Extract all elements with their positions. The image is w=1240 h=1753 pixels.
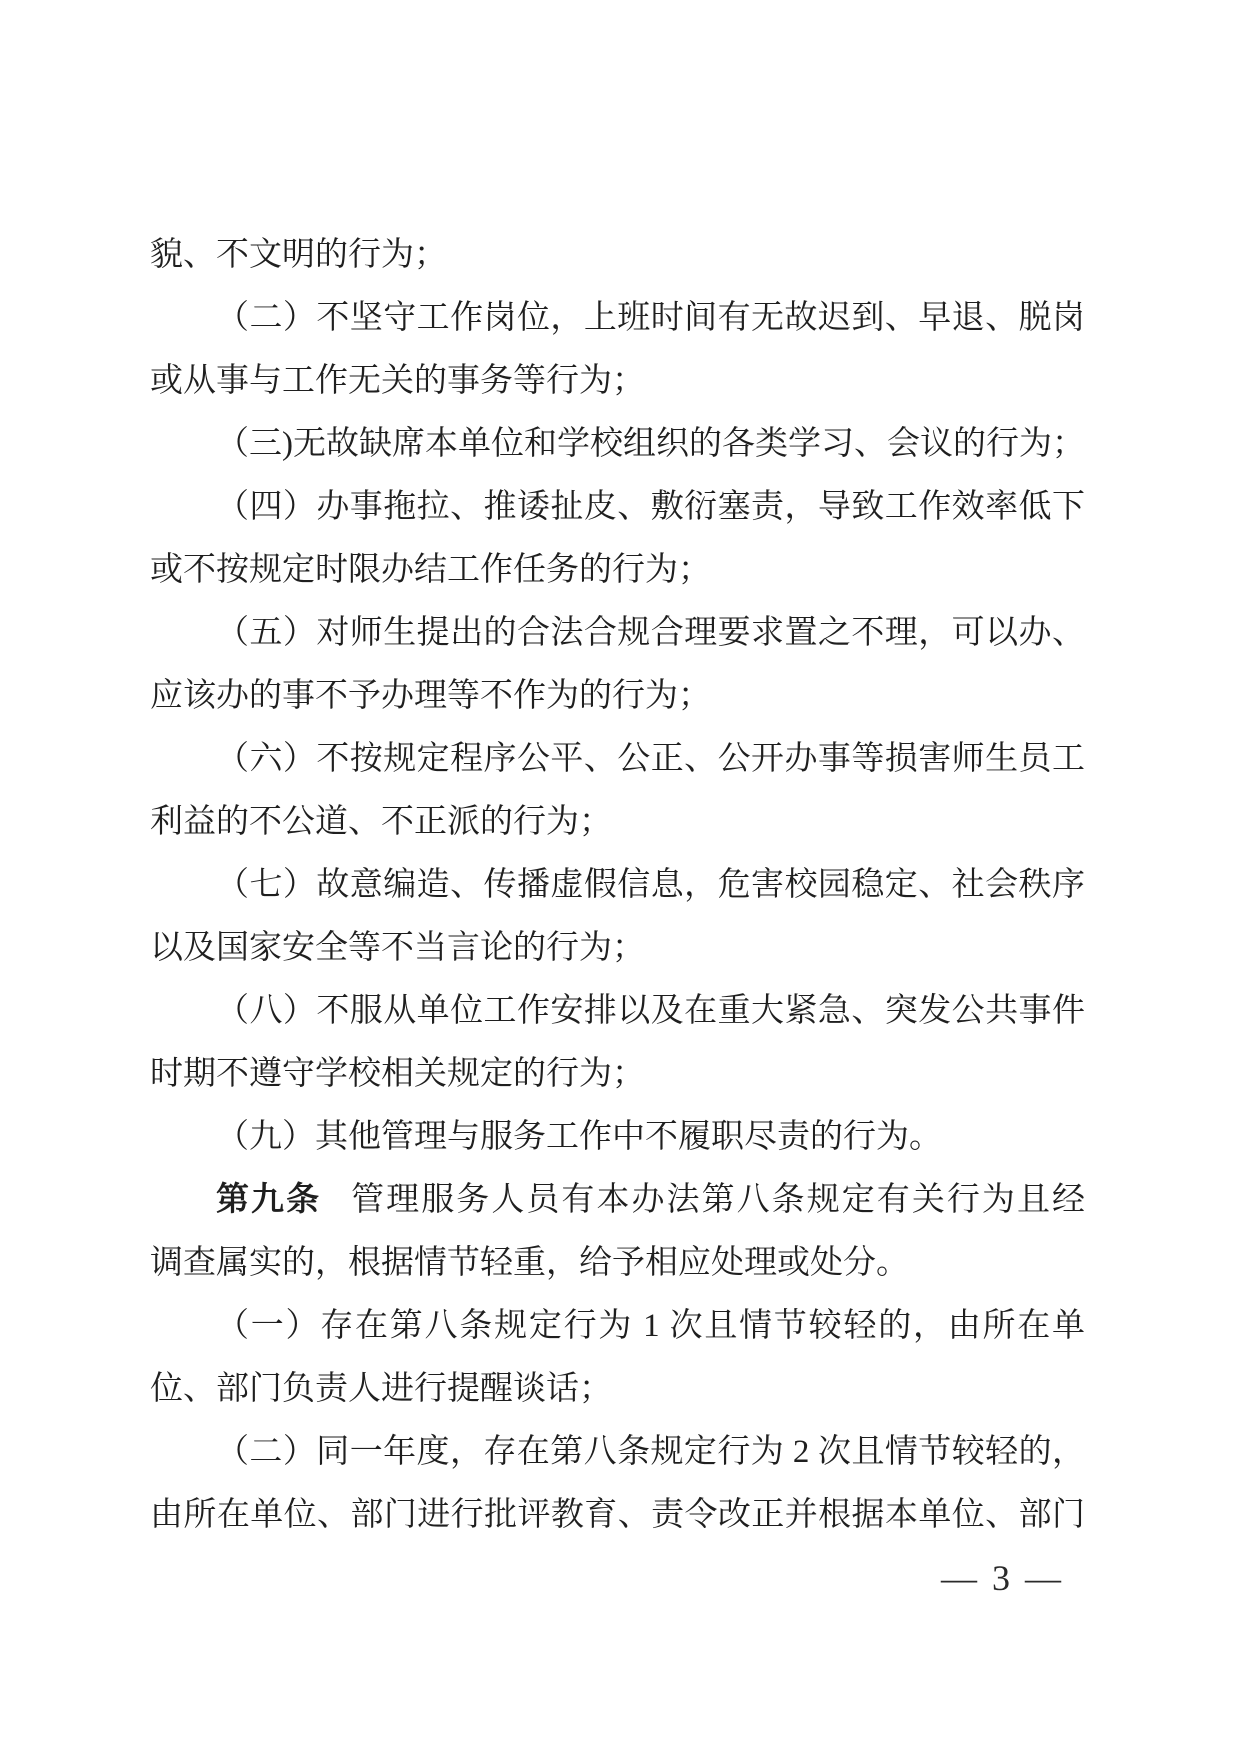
article-9-text: 管理服务人员有本办法第八条规定有关行为且经: [351, 1182, 1085, 1218]
document-text-block: 貌、不文明的行为； （二）不坚守工作岗位，上班时间有无故迟到、早退、脱岗 或从事…: [150, 224, 1085, 1547]
doc-line: 或从事与工作无关的事务等行为；: [150, 350, 1085, 413]
doc-line: 时期不遵守学校相关规定的行为；: [150, 1043, 1085, 1106]
doc-line: （三)无故缺席本单位和学校组织的各类学习、会议的行为；: [150, 413, 1085, 476]
doc-line: （五）对师生提出的合法合规合理要求置之不理，可以办、: [150, 602, 1085, 665]
doc-line: 或不按规定时限办结工作任务的行为；: [150, 539, 1085, 602]
doc-line: 调查属实的，根据情节轻重，给予相应处理或处分。: [150, 1232, 1085, 1295]
doc-line-article-9: 第九条管理服务人员有本办法第八条规定有关行为且经: [150, 1169, 1085, 1232]
doc-line: （八）不服从单位工作安排以及在重大紧急、突发公共事件: [150, 980, 1085, 1043]
doc-line: 利益的不公道、不正派的行为；: [150, 791, 1085, 854]
doc-line: 由所在单位、部门进行批评教育、责令改正并根据本单位、部门: [150, 1484, 1085, 1547]
document-page: 貌、不文明的行为； （二）不坚守工作岗位，上班时间有无故迟到、早退、脱岗 或从事…: [0, 0, 1240, 1753]
doc-line: （一）存在第八条规定行为 1 次且情节较轻的，由所在单: [150, 1295, 1085, 1358]
doc-line: （七）故意编造、传播虚假信息，危害校园稳定、社会秩序: [150, 854, 1085, 917]
doc-line: （九）其他管理与服务工作中不履职尽责的行为。: [150, 1106, 1085, 1169]
doc-line: （二）不坚守工作岗位，上班时间有无故迟到、早退、脱岗: [150, 287, 1085, 350]
doc-line: 位、部门负责人进行提醒谈话；: [150, 1358, 1085, 1421]
doc-line: 貌、不文明的行为；: [150, 224, 1085, 287]
doc-line: 应该办的事不予办理等不作为的行为；: [150, 665, 1085, 728]
doc-line: （六）不按规定程序公平、公正、公开办事等损害师生员工: [150, 728, 1085, 791]
article-9-term: 第九条: [216, 1182, 321, 1218]
doc-line: （四）办事拖拉、推诿扯皮、敷衍塞责，导致工作效率低下: [150, 476, 1085, 539]
page-number: — 3 —: [941, 1558, 1064, 1598]
doc-line: 以及国家安全等不当言论的行为；: [150, 917, 1085, 980]
doc-line: （二）同一年度，存在第八条规定行为 2 次且情节较轻的，: [150, 1421, 1085, 1484]
